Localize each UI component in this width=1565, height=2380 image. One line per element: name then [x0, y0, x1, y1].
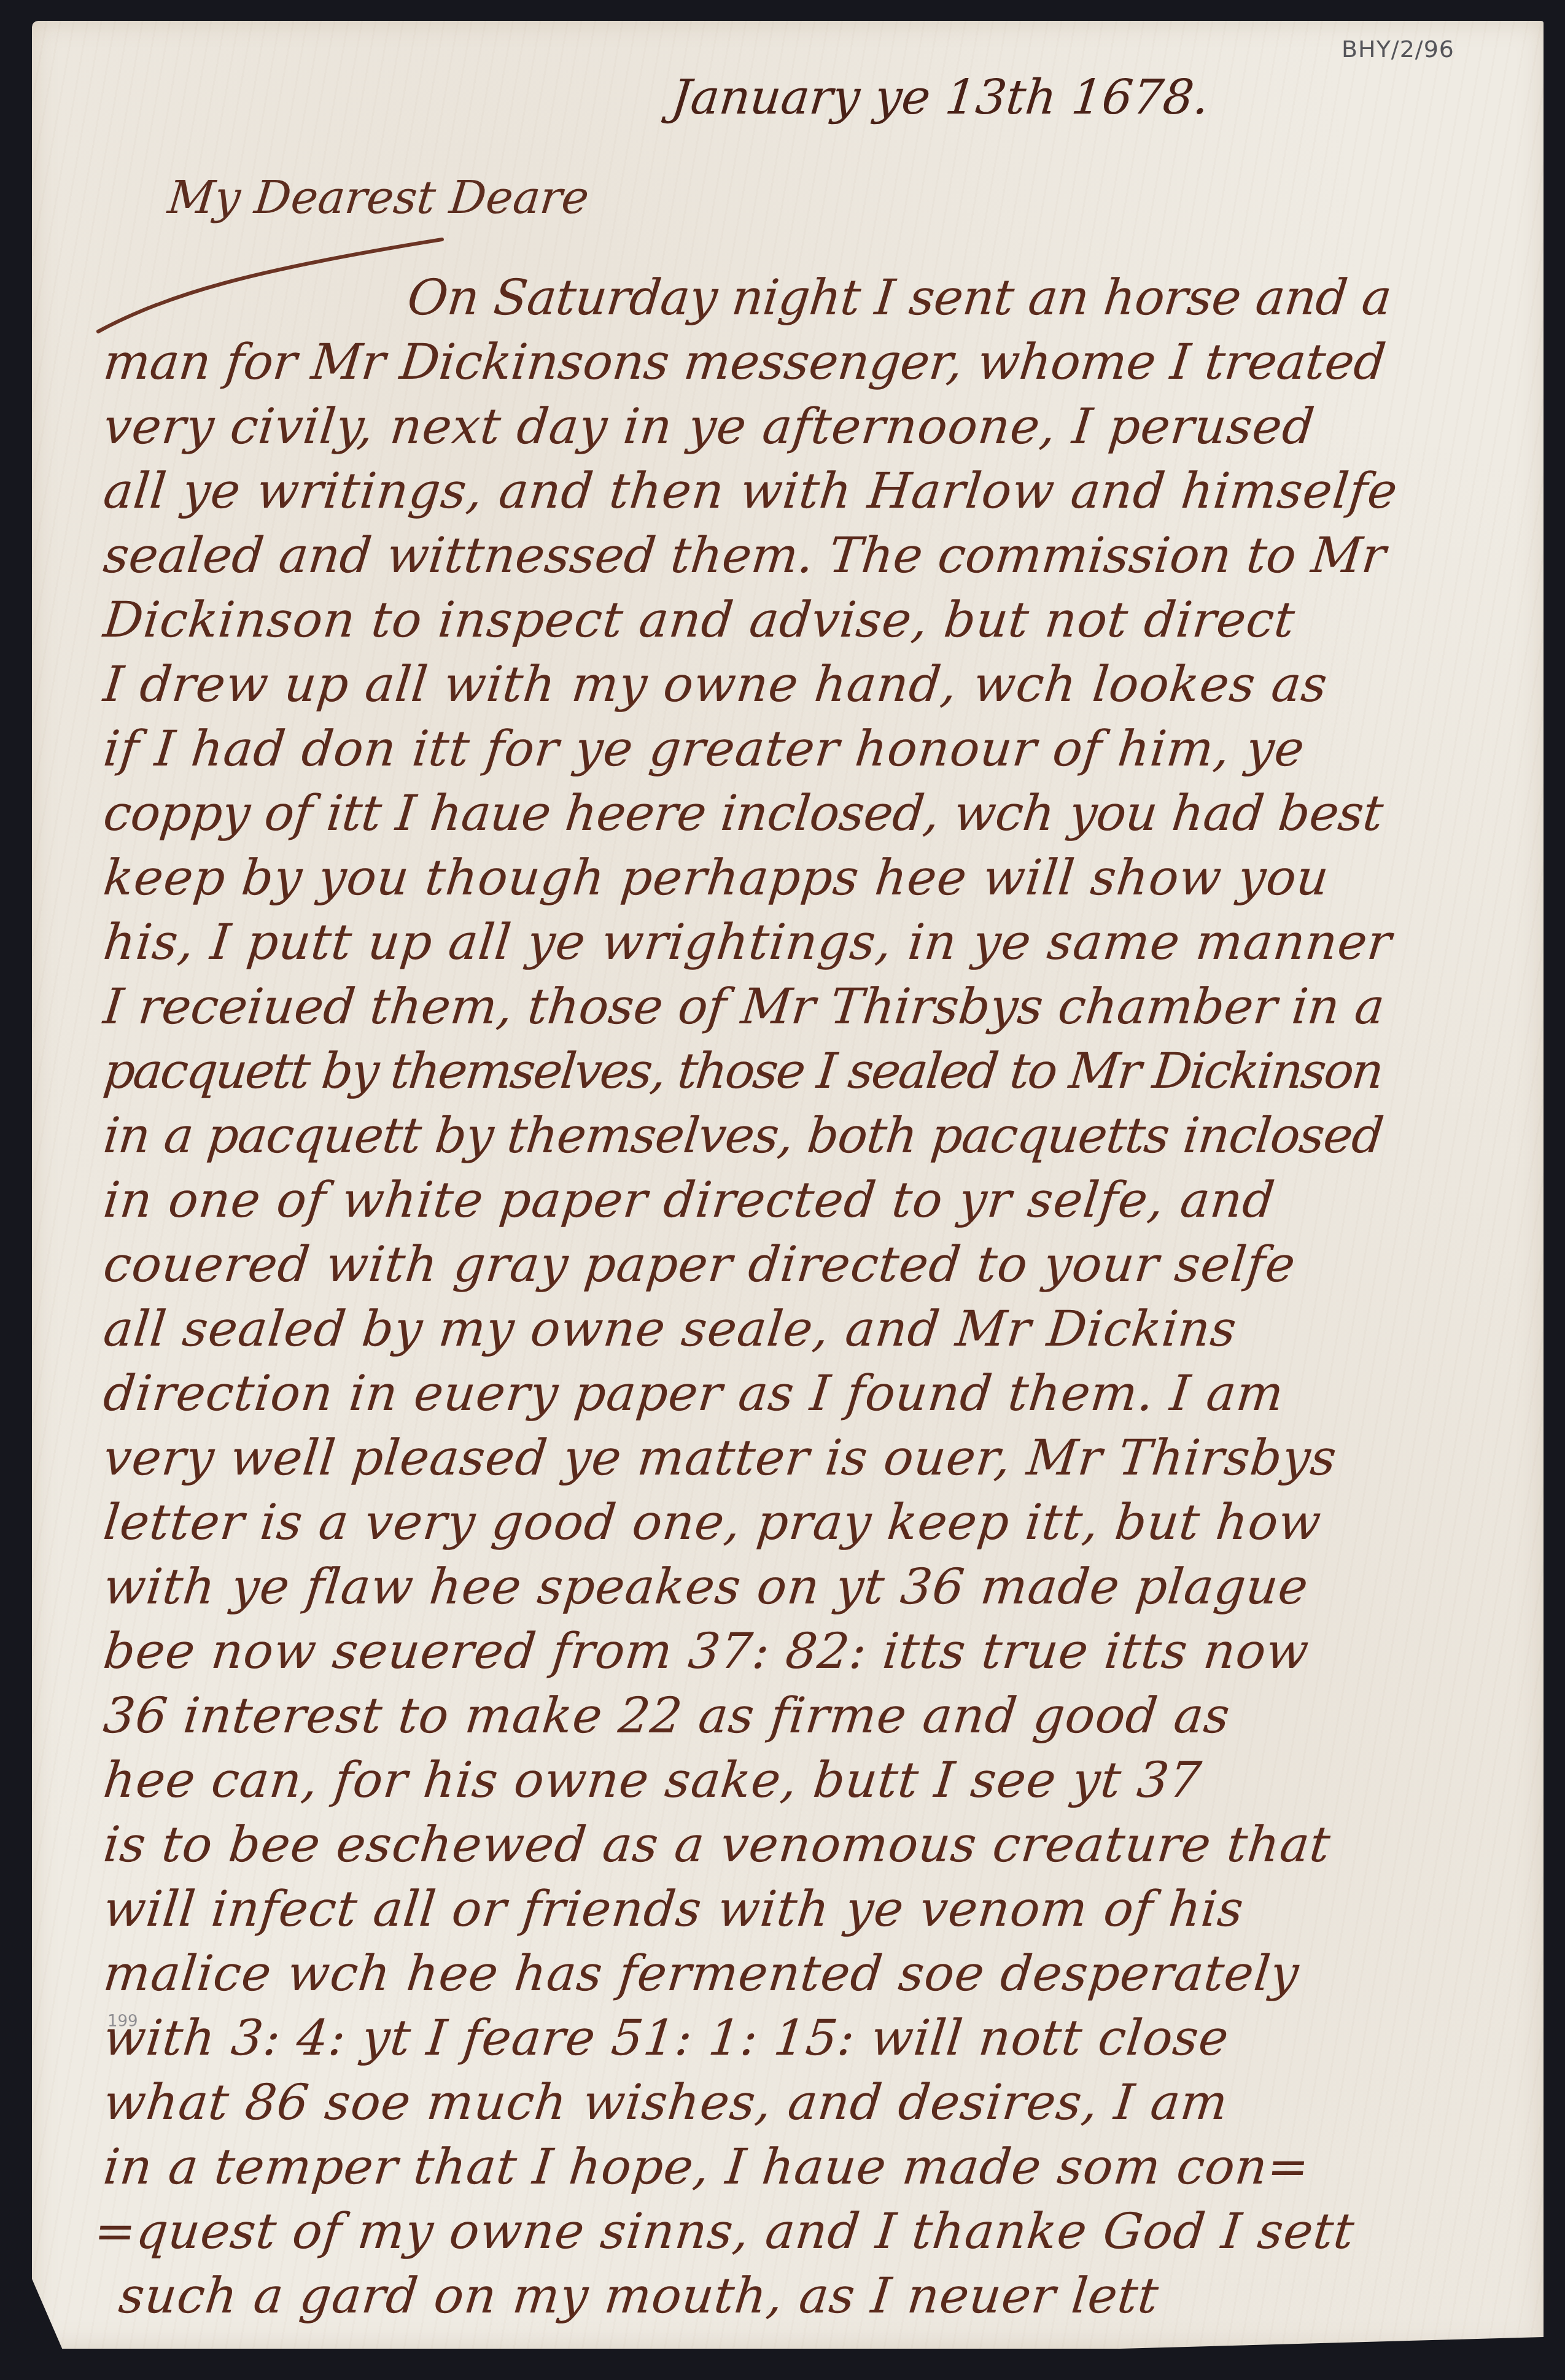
body-line: =quest of my owne sinns, and I thanke Go…: [92, 2207, 1357, 2256]
body-line: in a temper that I hope, I haue made som…: [101, 2142, 1312, 2192]
body-line: Dickinson to inspect and advise, but not…: [101, 595, 1297, 645]
body-line: all ye writings, and then with Harlow an…: [101, 467, 1400, 516]
body-line: On Saturday night I sent an horse and a: [405, 273, 1394, 322]
body-line: hee can, for his owne sake, butt I see y…: [101, 1756, 1204, 1805]
body-line: in a pacquett by themselves, both pacque…: [101, 1111, 1385, 1160]
body-line: in one of white paper directed to yr sel…: [101, 1176, 1277, 1225]
body-line: sealed and wittnessed them. The commissi…: [101, 531, 1388, 580]
body-line: man for Mr Dickinsons messenger, whome I…: [101, 338, 1388, 387]
body-line: very civily, next day in ye afternoone, …: [101, 402, 1317, 451]
body-line: keep by you though perhapps hee will sho…: [101, 853, 1332, 902]
body-line: is to bee eschewed as a venomous creatur…: [101, 1820, 1333, 1869]
letter-date: January ye 13th 1678.: [669, 74, 1211, 122]
body-line: with ye flaw hee speakes on yt 36 made p…: [101, 1562, 1311, 1611]
body-line: I drew up all with my owne hand, wch loo…: [101, 660, 1330, 709]
pen-flourish-icon: [92, 227, 448, 338]
body-line: malice wch hee has fermented soe despera…: [101, 1949, 1302, 1998]
archive-shelfmark: BHY/2/96: [1342, 36, 1454, 63]
body-line: very well pleased ye matter is ouer, Mr …: [101, 1433, 1339, 1483]
body-line: bee now seuered from 37: 82: itts true i…: [101, 1627, 1311, 1676]
body-line: if I had don itt for ye greater honour o…: [101, 724, 1307, 773]
body-line: with 3: 4: yt I feare 51: 1: 15: will no…: [101, 2014, 1231, 2063]
body-line: what 86 soe much wishes, and desires, I …: [101, 2078, 1230, 2127]
body-line: I receiued them, those of Mr Thirsbys ch…: [101, 982, 1386, 1031]
body-line: all sealed by my owne seale, and Mr Dick…: [101, 1304, 1239, 1354]
letter-salutation: My Dearest Deare: [166, 175, 591, 220]
body-line: letter is a very good one, pray keep itt…: [101, 1498, 1324, 1547]
body-line: his, I putt up all ye wrightings, in ye …: [101, 918, 1394, 967]
body-line: coppy of itt I haue heere inclosed, wch …: [101, 789, 1385, 838]
body-line: direction in euery paper as I found them…: [101, 1369, 1286, 1418]
body-line: couered with gray paper directed to your…: [101, 1240, 1298, 1289]
body-line: 36 interest to make 22 as firme and good…: [101, 1691, 1232, 1740]
manuscript-scan: BHY/2/96 199 January ye 13th 1678. My De…: [0, 0, 1565, 2380]
body-line: such a gard on my mouth, as I neuer lett: [117, 2271, 1161, 2320]
body-line: pacquett by themselves, those I sealed t…: [101, 1047, 1384, 1096]
body-line: will infect all or friends with ye venom…: [101, 1885, 1246, 1934]
